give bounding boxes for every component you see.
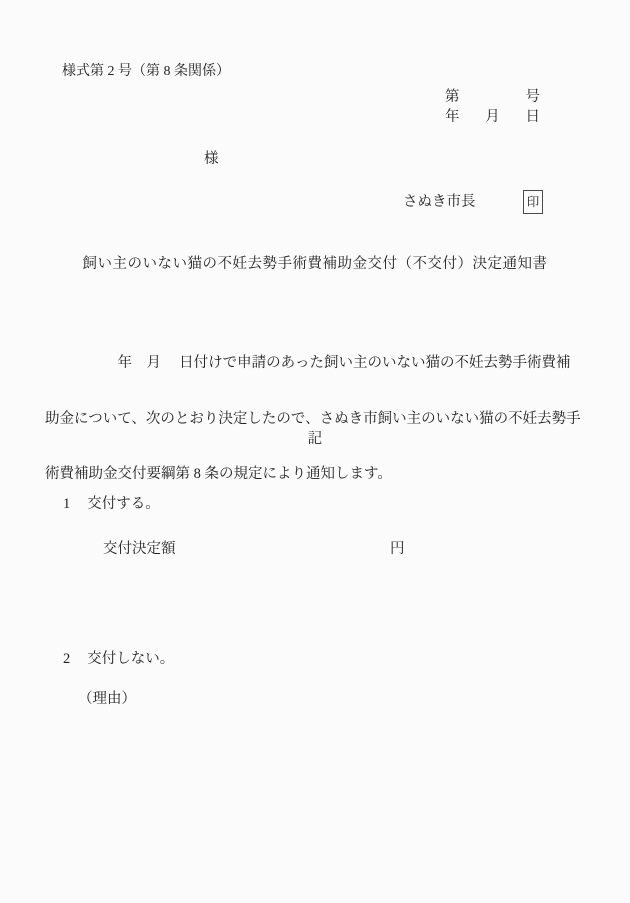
item2-label: 交付しない。 — [87, 651, 174, 668]
item1-number: 1 — [63, 496, 70, 513]
form-number-label: 様式第 2 号（第 8 条関係） — [62, 64, 230, 80]
body-line-2: 助金について、次のとおり決定したので、さぬき市飼い主のいない猫の不妊去勢手 — [45, 411, 590, 433]
body-paragraph: 年 月 日付けで申請のあった飼い主のいない猫の不妊去勢手術費補 助金について、次… — [45, 322, 590, 521]
grant-amount-label: 交付決定額 — [103, 541, 176, 558]
body-line-3: 術費補助金交付要綱第 8 条の規定により通知します。 — [45, 466, 590, 488]
document-title: 飼い主のいない猫の不妊去勢手術費補助金交付（不交付）決定通知書 — [0, 256, 630, 273]
document-page: 様式第 2 号（第 8 条関係） 第 号 年 月 日 様 さぬき市長 印 飼い主… — [0, 0, 630, 903]
decision-item-no-grant: 2 交付しない。 — [63, 651, 174, 668]
seal-stamp-label: 印 — [527, 195, 540, 209]
list-start-marker: 記 — [0, 431, 630, 448]
doc-number-suffix: 号 — [526, 89, 541, 106]
document-number-line: 第 号 — [445, 89, 540, 106]
seal-stamp-box: 印 — [523, 190, 543, 214]
addressee-honorific: 様 — [204, 151, 219, 168]
grant-amount-unit: 円 — [390, 541, 405, 558]
date-year-label: 年 — [445, 109, 460, 126]
item2-number: 2 — [63, 651, 70, 668]
date-line: 年 月 日 — [445, 109, 540, 126]
issuer-name: さぬき市長 — [403, 194, 476, 211]
decision-item-grant: 1 交付する。 — [63, 496, 160, 513]
body-line-1: 年 月 日付けで申請のあった飼い主のいない猫の不妊去勢手術費補 — [45, 355, 590, 377]
reason-label: （理由） — [78, 691, 136, 708]
doc-number-prefix: 第 — [445, 89, 460, 106]
item1-label: 交付する。 — [87, 496, 160, 513]
date-day-label: 日 — [526, 109, 541, 126]
date-month-label: 月 — [485, 109, 500, 126]
